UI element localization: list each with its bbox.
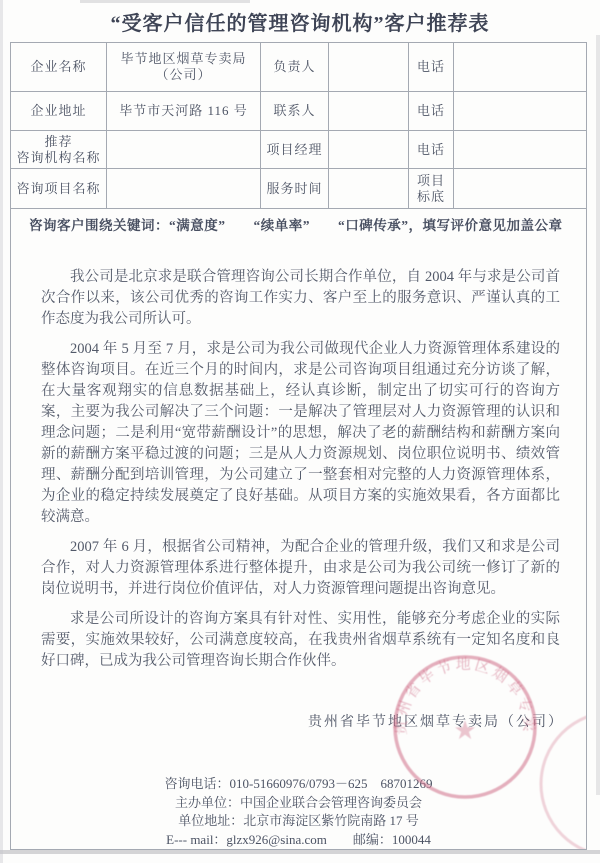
label-project-name: 咨询项目名称: [11, 169, 107, 209]
label-company-name: 企业名称: [11, 43, 107, 92]
signature-line: 贵州省毕节地区烟草专卖局（公司）: [308, 715, 564, 731]
paragraph-project-2007: 2007 年 6 月，根据省公司精神，为配合企业的管理升级，我们又和求是公司合作…: [41, 537, 560, 600]
label-company-address: 企业地址: [11, 92, 107, 131]
label-contact-person: 联系人: [261, 92, 329, 131]
label-budget-line2: 标底: [412, 189, 450, 205]
table-row: 企业名称 毕节地区烟草专卖局（公司） 负责人 电话: [11, 43, 587, 92]
label-recommended-agency: 推荐 咨询机构名称: [11, 131, 107, 169]
label-project-budget: 项目 标底: [409, 169, 454, 209]
label-phone-1: 电话: [409, 43, 454, 92]
client-info-table: 企业名称 毕节地区烟草专卖局（公司） 负责人 电话 企业地址 毕节市天河路 11…: [10, 42, 587, 850]
label-phone-2: 电话: [409, 92, 454, 131]
keyword-instruction: 咨询客户围绕关键词：“满意度” “续单率” “口碑传承”，填写评价意见加盖公章: [29, 218, 572, 234]
scan-edge-left: [0, 0, 3, 863]
footer-organizer-line: 主办单位：中国企业联合会管理咨询委员会: [11, 794, 586, 813]
value-person-in-charge: [329, 43, 409, 92]
footer-contact-block: 咨询电话：010-51660976/0793－625 68701269 主办单位…: [11, 775, 586, 849]
evaluation-cell: 咨询客户围绕关键词：“满意度” “续单率” “口碑传承”，填写评价意见加盖公章 …: [11, 209, 587, 850]
value-recommended-agency: [107, 131, 261, 169]
value-project-name: [107, 169, 261, 209]
value-company-name: 毕节地区烟草专卖局（公司）: [107, 43, 261, 92]
value-project-budget: [454, 169, 587, 209]
footer-address-line: 单位地址：北京市海淀区紫竹院南路 17 号: [11, 812, 586, 831]
scan-edge-top: [80, 0, 250, 3]
label-phone-3: 电话: [409, 131, 454, 169]
label-service-period: 服务时间: [261, 169, 329, 209]
label-project-manager: 项目经理: [261, 131, 329, 169]
table-row: 企业地址 毕节市天河路 116 号 联系人 电话: [11, 92, 587, 131]
scanned-document-page: “受客户信任的管理咨询机构”客户推荐表 企业名称 毕节地区烟草专卖局（公司） 负…: [0, 0, 600, 863]
value-phone-2: [454, 92, 587, 131]
value-service-period: [329, 169, 409, 209]
table-row-evaluation: 咨询客户围绕关键词：“满意度” “续单率” “口碑传承”，填写评价意见加盖公章 …: [11, 209, 587, 850]
table-row: 推荐 咨询机构名称 项目经理 电话: [11, 131, 587, 169]
footer-phone-line: 咨询电话：010-51660976/0793－625 68701269: [11, 775, 586, 794]
label-recommended-line1: 推荐: [14, 134, 103, 150]
evaluation-text: 我公司是北京求是联合管理咨询公司长期合作单位，自 2004 年与求是公司首次合作…: [41, 267, 560, 672]
scan-edge-bottom: [0, 850, 600, 854]
value-company-address: 毕节市天河路 116 号: [107, 92, 261, 131]
value-contact-person: [329, 92, 409, 131]
paragraph-project-2004: 2004 年 5 月至 7 月，求是公司为我公司做现代企业人力资源管理体系建设的…: [41, 339, 560, 528]
value-phone-3: [454, 131, 587, 169]
paragraph-intro: 我公司是北京求是联合管理咨询公司长期合作单位，自 2004 年与求是公司首次合作…: [41, 267, 560, 330]
label-person-in-charge: 负责人: [261, 43, 329, 92]
label-recommended-line2: 咨询机构名称: [14, 150, 103, 166]
label-budget-line1: 项目: [412, 173, 450, 189]
paragraph-conclusion: 求是公司所设计的咨询方案具有针对性、实用性，能够充分考虑企业的实际需要，实施效果…: [41, 609, 560, 672]
footer-email-line: E--- mail：glzx926@sina.com 邮编：100044: [11, 831, 586, 850]
value-phone-1: [454, 43, 587, 92]
value-project-manager: [329, 131, 409, 169]
table-row: 咨询项目名称 服务时间 项目 标底: [11, 169, 587, 209]
scan-edge-right: [596, 35, 600, 795]
page-title: “受客户信任的管理咨询机构”客户推荐表: [0, 7, 600, 36]
